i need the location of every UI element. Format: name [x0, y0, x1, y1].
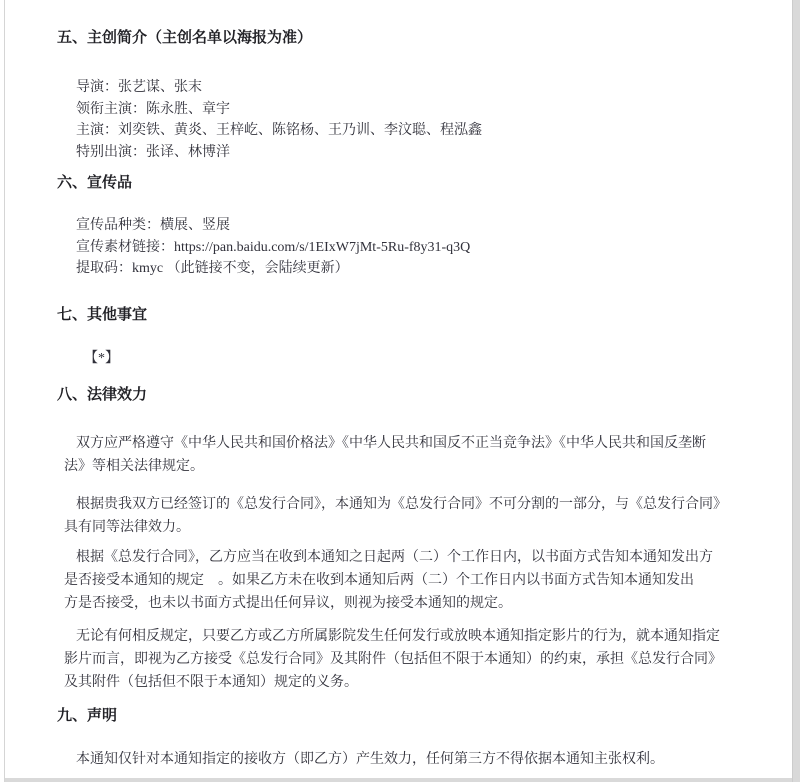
page-bottom-margin-shadow [5, 778, 792, 782]
paragraph-line: 法》等相关法律规定。 [64, 455, 793, 478]
promo-types-line: 宣传品种类：横展、竖展 [76, 215, 793, 237]
page-left-border [4, 0, 5, 782]
lead-starring-line: 领衔主演：陈永胜、章宇 [76, 99, 793, 121]
legal-paragraph-acceptance: 根据《总发行合同》，乙方应当在收到本通知之日起两（二）个工作日内，以书面方式告知… [64, 546, 793, 615]
extraction-code-line: 提取码：kmyc （此链接不变，会陆续更新） [76, 258, 793, 280]
paragraph-line: 影片而言，即视为乙方接受《总发行合同》及其附件（包括但不限于本通知）的约束，承担… [64, 648, 793, 671]
section-heading-credits: 五、主创简介（主创名单以海报为准） [57, 28, 793, 48]
statement-paragraph: 本通知仅针对本通知指定的接收方（即乙方）产生效力，任何第三方不得依据本通知主张权… [64, 748, 793, 771]
starring-line: 主演：刘奕铁、黄炎、王梓屹、陈铭杨、王乃训、李汶聪、程泓鑫 [76, 120, 793, 142]
paragraph-line: 根据《总发行合同》，乙方应当在收到本通知之日起两（二）个工作日内，以书面方式告知… [64, 546, 793, 569]
paragraph-line: 是否接受本通知的规定 。如果乙方未在收到本通知后两（二）个工作日内以书面方式告知… [64, 569, 793, 592]
special-appearance-line: 特别出演：张译、林博洋 [76, 142, 793, 164]
paragraph-line: 本通知仅针对本通知指定的接收方（即乙方）产生效力，任何第三方不得依据本通知主张权… [64, 748, 793, 771]
section-heading-promo-materials: 六、宣传品 [57, 173, 793, 193]
section-heading-statement: 九、声明 [57, 706, 793, 726]
page-right-margin-shadow [792, 0, 800, 782]
promo-link-line: 宣传素材链接：https://pan.baidu.com/s/1EIxW7jMt… [76, 237, 793, 259]
paragraph-line: 双方应严格遵守《中华人民共和国价格法》《中华人民共和国反不正当竞争法》《中华人民… [64, 432, 793, 455]
document-page: 五、主创简介（主创名单以海报为准） 导演：张艺谋、张末 领衔主演：陈永胜、章宇 … [0, 0, 793, 782]
paragraph-line: 及其附件（包括但不限于本通知）规定的义务。 [64, 671, 793, 694]
paragraph-line: 无论有何相反规定，只要乙方或乙方所属影院发生任何发行或放映本通知指定影片的行为，… [64, 625, 793, 648]
paragraph-line: 具有同等法律效力。 [64, 516, 793, 539]
placeholder-bracket-line: 【*】 [84, 348, 793, 370]
section-heading-other-matters: 七、其他事宜 [57, 305, 793, 325]
paragraph-line: 根据贵我双方已经签订的《总发行合同》，本通知为《总发行合同》不可分割的一部分，与… [64, 493, 793, 516]
director-line: 导演：张艺谋、张末 [76, 77, 793, 99]
legal-paragraph-laws: 双方应严格遵守《中华人民共和国价格法》《中华人民共和国反不正当竞争法》《中华人民… [64, 432, 793, 478]
section-heading-legal-effect: 八、法律效力 [57, 385, 793, 405]
paragraph-line: 方是否接受，也未以书面方式提出任何异议，则视为接受本通知的规定。 [64, 592, 793, 615]
legal-paragraph-contract: 根据贵我双方已经签订的《总发行合同》，本通知为《总发行合同》不可分割的一部分，与… [64, 493, 793, 539]
legal-paragraph-obligations: 无论有何相反规定，只要乙方或乙方所属影院发生任何发行或放映本通知指定影片的行为，… [64, 625, 793, 694]
credits-list: 导演：张艺谋、张末 领衔主演：陈永胜、章宇 主演：刘奕铁、黄炎、王梓屹、陈铭杨、… [76, 77, 793, 163]
promo-materials-list: 宣传品种类：横展、竖展 宣传素材链接：https://pan.baidu.com… [76, 215, 793, 280]
